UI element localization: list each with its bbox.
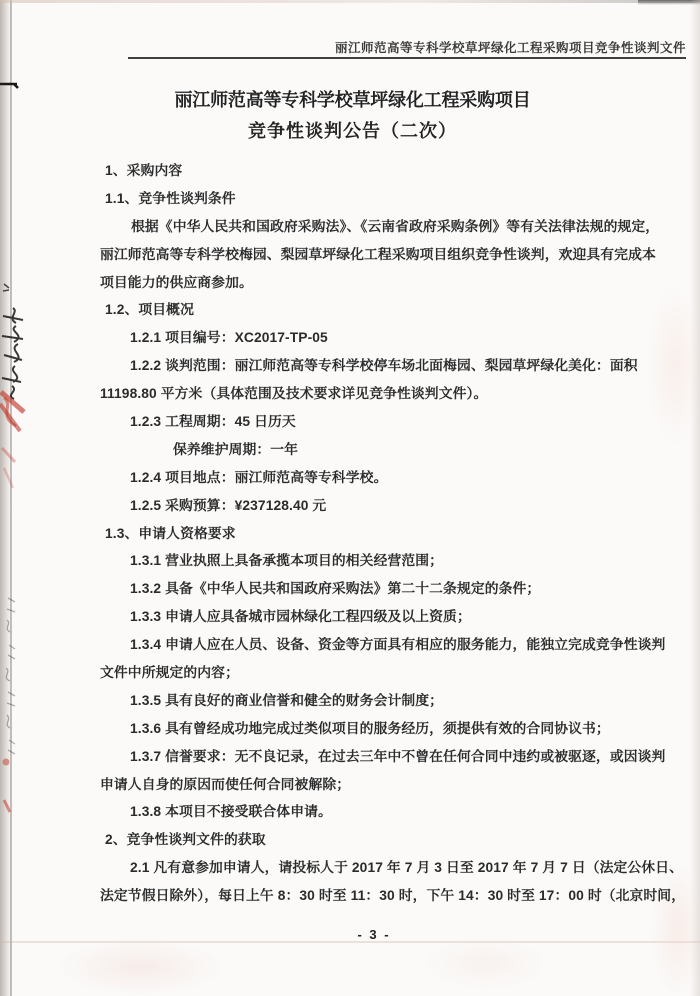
scan-edge-top — [0, 0, 700, 3]
text-line: 1.2.3 工程周期：45 日历天 — [100, 408, 648, 436]
document-subtitle: 竞争性谈判公告（二次） — [60, 116, 645, 146]
text-line: 保养维护周期：一年 — [100, 436, 648, 464]
red-stamp-strokes — [0, 392, 24, 488]
text-line: 1.3.1 营业执照上具备承揽本项目的相关经营范围； — [100, 547, 648, 575]
text-line: 1.3.2 具备《中华人民共和国政府采购法》第二十二条规定的条件； — [100, 575, 648, 603]
scanned-document-page: { "colors": { "paper": "#fbfaf9", "ink":… — [0, 0, 700, 996]
text-line: 根据《中华人民共和国政府采购法》、《云南省政府采购条例》等有关法律法规的规定， — [100, 213, 648, 241]
header-rule — [128, 57, 686, 59]
text-line: 1.2.2 谈判范围：丽江师范高等专科学校停车场北面梅园、梨园草坪绿化美化：面积 — [100, 352, 648, 380]
text-line: 2.1 凡有意参加申请人，请投标人于 2017 年 7 月 3 日至 2017 … — [100, 854, 648, 882]
document-title: 丽江师范高等专科学校草坪绿化工程采购项目 — [60, 84, 645, 116]
scan-edge-right — [690, 0, 700, 996]
text-line: 1.2、项目概况 — [100, 296, 648, 324]
scan-smudge — [420, 936, 550, 991]
page-number: - 3 - — [100, 927, 648, 942]
text-line: 1.3.4 申请人应在人员、设备、资金等方面具有相应的服务能力，能独立完成竞争性… — [100, 631, 648, 659]
text-line: 1.2.5 采购预算：¥237128.40 元 — [100, 492, 648, 520]
text-line: 1.3.3 申请人应具备城市园林绿化工程四级及以上资质； — [100, 603, 648, 631]
document-body: 1、采购内容1.1、竞争性谈判条件根据《中华人民共和国政府采购法》、《云南省政府… — [100, 157, 648, 910]
text-line: 1.1、竞争性谈判条件 — [100, 185, 648, 213]
text-line: 1、采购内容 — [100, 157, 648, 185]
text-line: 法定节假日除外），每日上午 8：30 时至 11：30 时，下午 14：30 时… — [100, 882, 648, 910]
left-margin-ink-marks — [0, 0, 32, 996]
text-line: 11198.80 平方米（具体范围及技术要求详见竞争性谈判文件）。 — [100, 380, 648, 408]
text-line: 2、竞争性谈判文件的获取 — [100, 826, 648, 854]
text-line: 1.3.8 本项目不接受联合体申请。 — [100, 798, 648, 826]
ink-dash — [0, 84, 18, 88]
running-header: 丽江师范高等专科学校草坪绿化工程采购项目竞争性谈判文件 — [100, 38, 686, 56]
handwritten-ink-marks — [2, 308, 23, 399]
text-line: 1.3.5 具有良好的商业信誉和健全的财务会计制度； — [100, 687, 648, 715]
scan-smudge — [55, 938, 225, 996]
text-line: 申请人自身的原因而使任何合同被解除； — [100, 771, 648, 799]
red-ink-dot — [3, 759, 11, 813]
text-line: 1.2.4 项目地点：丽江师范高等专科学校。 — [100, 464, 648, 492]
text-line: 1.3.6 具有曾经成功地完成过类似项目的服务经历，须提供有效的合同协议书； — [100, 715, 648, 743]
text-line: 项目能力的供应商参加。 — [100, 269, 648, 297]
text-line: 文件中所规定的内容； — [100, 659, 648, 687]
document-title-block: 丽江师范高等专科学校草坪绿化工程采购项目 竞争性谈判公告（二次） — [60, 84, 645, 146]
text-line: 1.2.1 项目编号：XC2017-TP-05 — [100, 324, 648, 352]
text-line: 1.3、申请人资格要求 — [100, 520, 648, 548]
text-line: 1.3.7 信誉要求：无不良记录，在过去三年中不曾在任何合同中违约或被驱逐，或因… — [100, 743, 648, 771]
handwritten-ink-marks — [6, 598, 15, 754]
text-line: 丽江师范高等专科学校梅园、梨园草坪绿化工程采购项目组织竞争性谈判，欢迎具有完成本 — [100, 241, 648, 269]
